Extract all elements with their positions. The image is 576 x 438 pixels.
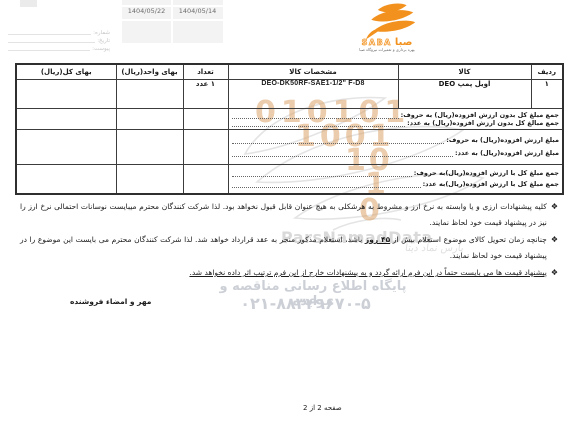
inquiry-table: ردیف کالا مشخصات کالا تعداد بهای واحد(ری…	[15, 63, 564, 195]
empty-cell	[16, 129, 116, 164]
page-number: صفحه 2 از 2	[303, 404, 342, 412]
header-total-price: بهای کل(ریال)	[16, 64, 116, 79]
corner-chip	[20, 0, 37, 7]
cell-item-name: اویل پمپ DEO	[398, 79, 531, 108]
diamond-bullet-icon: ❖	[551, 199, 558, 230]
note-text: چنانچه زمان تحویل کالای موضوع استعلام بی…	[390, 235, 547, 244]
summary-row-vat: مبلغ ارزش افزوده(ریال) به حروف: مبلغ ارز…	[16, 129, 563, 164]
dotted-fill-line	[232, 121, 406, 127]
empty-cell	[183, 108, 228, 129]
empty-cell	[16, 108, 116, 129]
dotted-fill-line	[232, 182, 421, 188]
reference-block: شماره: تاریخ: پیوست:	[8, 29, 110, 53]
logo-tagline: بهره برداری و تعمیرات نیروگاه صبا	[350, 48, 423, 52]
ref-attachment-line	[8, 47, 90, 51]
header-qty: تعداد	[183, 64, 228, 79]
conditions-section: ❖ کلیه پیشنهادات ارزی و یا وابسته به نرخ…	[20, 199, 558, 283]
cell-unit-price	[116, 79, 183, 108]
sum1-number-label: جمع مبالغ کل بدون ارزش افزوده(ریال) به ع…	[407, 119, 559, 127]
diamond-bullet-icon: ❖	[551, 232, 558, 263]
phone-watermark: ۰۲۱-۸۸۳۴۹۶۷۰-۵	[208, 294, 403, 313]
summary-row-total-with-vat: جمع مبلغ کل با ارزش افزوده(ریال)به حروف:…	[16, 164, 563, 194]
header-row-number: ردیف	[531, 64, 563, 79]
cell-item-qty: ۱ عدد	[183, 79, 228, 108]
sum1-words-label: جمع مبلغ کل بدون ارزش افزوده(ریال) به حر…	[401, 111, 559, 119]
sum2-words-label: مبلغ ارزش افزوده(ریال) به حروف:	[446, 136, 559, 144]
note-currency-condition: ❖ کلیه پیشنهادات ارزی و یا وابسته به نرخ…	[20, 199, 558, 230]
empty-cell	[116, 164, 183, 194]
date-table: 1404/05/22 1404/05/14	[122, 0, 223, 43]
company-logo: صبا SABA بهره برداری و تعمیرات نیروگاه ص…	[344, 2, 430, 53]
cell-item-specs: DEO-DK50RF-SAE1-1/2" F-D8	[228, 79, 398, 108]
ref-number-label: شماره:	[93, 30, 110, 36]
seller-signature-label: مهر و امضاء فروشنده	[70, 297, 151, 306]
logo-name-latin: SABA	[362, 38, 392, 47]
note-emphasis: ۴۵ روز	[365, 235, 390, 244]
summary-cell: جمع مبلغ کل بدون ارزش افزوده(ریال) به حر…	[228, 108, 563, 129]
ref-attachment-label: پیوست:	[92, 46, 110, 52]
summary-cell: مبلغ ارزش افزوده(ریال) به حروف: مبلغ ارز…	[228, 129, 563, 164]
saba-swirl-icon	[354, 2, 420, 40]
header-unit-price: بهای واحد(ریال)	[116, 64, 183, 79]
empty-cell	[183, 129, 228, 164]
table-header-row: ردیف کالا مشخصات کالا تعداد بهای واحد(ری…	[16, 64, 563, 79]
ref-number-line	[8, 31, 91, 35]
empty-cell	[116, 129, 183, 164]
sum3-number-label: جمع مبلغ کل با ارزش افزوده(ریال)به عدد:	[423, 180, 559, 188]
logo-name-farsi: صبا	[395, 38, 413, 47]
empty-cell	[116, 108, 183, 129]
note-text: پیشنهاد قیمت ها می بایست حتماً در این فر…	[189, 268, 546, 277]
note-delivery-condition: ❖ چنانچه زمان تحویل کالای موضوع استعلام …	[20, 232, 558, 263]
summary-row-total-without-vat: جمع مبلغ کل بدون ارزش افزوده(ریال) به حر…	[16, 108, 563, 129]
sum3-words-label: جمع مبلغ کل با ارزش افزوده(ریال)به حروف:	[414, 169, 559, 177]
date-value-1: 1404/05/22	[122, 7, 171, 15]
summary-cell: جمع مبلغ کل با ارزش افزوده(ریال)به حروف:…	[228, 164, 563, 194]
empty-cell	[16, 164, 116, 194]
date-table-divider	[122, 19, 223, 21]
header-specs: مشخصات کالا	[228, 64, 398, 79]
ref-date-line	[8, 39, 95, 43]
header-item: کالا	[398, 64, 531, 79]
diamond-bullet-icon: ❖	[551, 265, 558, 281]
cell-total-price	[16, 79, 116, 108]
note-form-condition: ❖ پیشنهاد قیمت ها می بایست حتماً در این …	[20, 265, 558, 281]
ref-date-label: تاریخ:	[97, 38, 110, 44]
empty-cell	[183, 164, 228, 194]
date-value-2: 1404/05/14	[173, 7, 222, 15]
dotted-fill-line	[232, 171, 412, 177]
cell-row-number: ۱	[531, 79, 563, 108]
dotted-fill-line	[232, 138, 445, 144]
document-page: 010101 1001 10 1 0 ParsNamadData پارس نم…	[0, 0, 576, 438]
sum2-number-label: مبلغ ارزش افزوده(ریال) به عدد:	[455, 149, 559, 157]
note-text: کلیه پیشنهادات ارزی و یا وابسته به نرخ ا…	[20, 202, 547, 227]
dotted-fill-line	[232, 151, 454, 157]
table-row: ۱ اویل پمپ DEO DEO-DK50RF-SAE1-1/2" F-D8…	[16, 79, 563, 108]
